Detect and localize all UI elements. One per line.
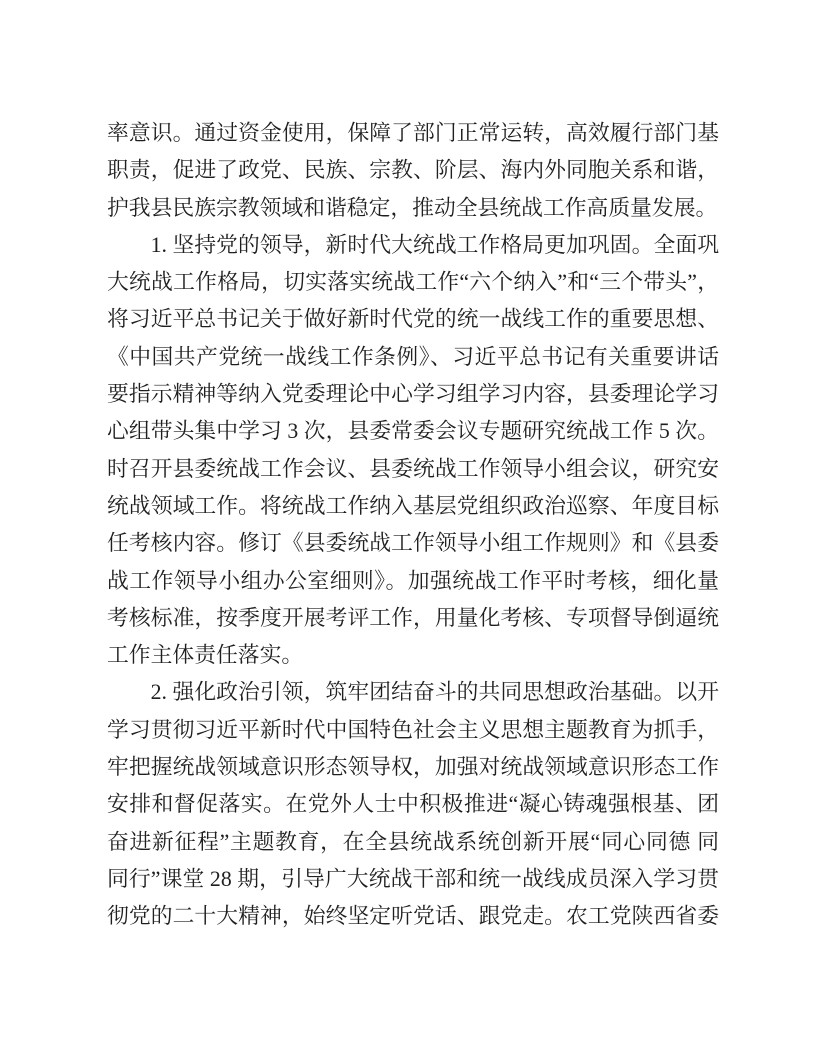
text-line: 2. 强化政治引领，筑牢团结奋斗的共同思想政治基础。以开展 [107,674,719,711]
text-line: 同行”课堂 28 期，引导广大统战干部和统一战线成员深入学习贯 [107,861,719,898]
text-line: 奋进新征程”主题教育，在全县统战系统创新开展“同心同德 同向 [107,824,719,861]
text-line: 大统战工作格局，切实落实统战工作“六个纳入”和“三个带头”， [107,264,719,301]
text-line: 《中国共产党统一战线工作条例》、习近平总书记有关重要讲话重 [107,339,719,376]
text-block: 率意识。通过资金使用，保障了部门正常运转，高效履行部门基本 职责，促进了政党、民… [107,115,719,936]
text-line: 安排和督促落实。在党外人士中积极推进“凝心铸魂强根基、团结 [107,786,719,823]
text-line: 彻党的二十大精神，始终坚定听党话、跟党走。农工党陕西省委会 [107,898,719,935]
text-line: 战工作领导小组办公室细则》。加强统战工作平时考核，细化量化 [107,563,719,600]
text-line: 要指示精神等纳入党委理论中心学习组学习内容，县委理论学习中 [107,376,719,413]
text-line: 牢把握统战领域意识形态领导权，加强对统战领域意识形态工作的 [107,749,719,786]
text-line: 任考核内容。修订《县委统战工作领导小组工作规则》和《县委统 [107,525,719,562]
text-line: 1. 坚持党的领导，新时代大统战工作格局更加巩固。全面巩固 [107,227,719,264]
text-line: 心组带头集中学习 3 次，县委常委会议专题研究统战工作 5 次。及 [107,413,719,450]
text-line: 时召开县委统战工作会议、县委统战工作领导小组会议，研究安排 [107,451,719,488]
text-line: 率意识。通过资金使用，保障了部门正常运转，高效履行部门基本 [107,115,719,152]
text-line: 学习贯彻习近平新时代中国特色社会主义思想主题教育为抓手，牢 [107,712,719,749]
text-line: 将习近平总书记关于做好新时代党的统一战线工作的重要思想、 [107,301,719,338]
text-line: 职责，促进了政党、民族、宗教、阶层、海内外同胞关系和谐，维 [107,152,719,189]
document-page: 率意识。通过资金使用，保障了部门正常运转，高效履行部门基本 职责，促进了政党、民… [0,0,816,1056]
text-line: 工作主体责任落实。 [107,637,719,674]
text-line: 统战领域工作。将统战工作纳入基层党组织政治巡察、年度目标责 [107,488,719,525]
text-line: 护我县民族宗教领域和谐稳定，推动全县统战工作高质量发展。 [107,190,719,227]
text-line: 考核标准，按季度开展考评工作，用量化考核、专项督导倒逼统战 [107,600,719,637]
